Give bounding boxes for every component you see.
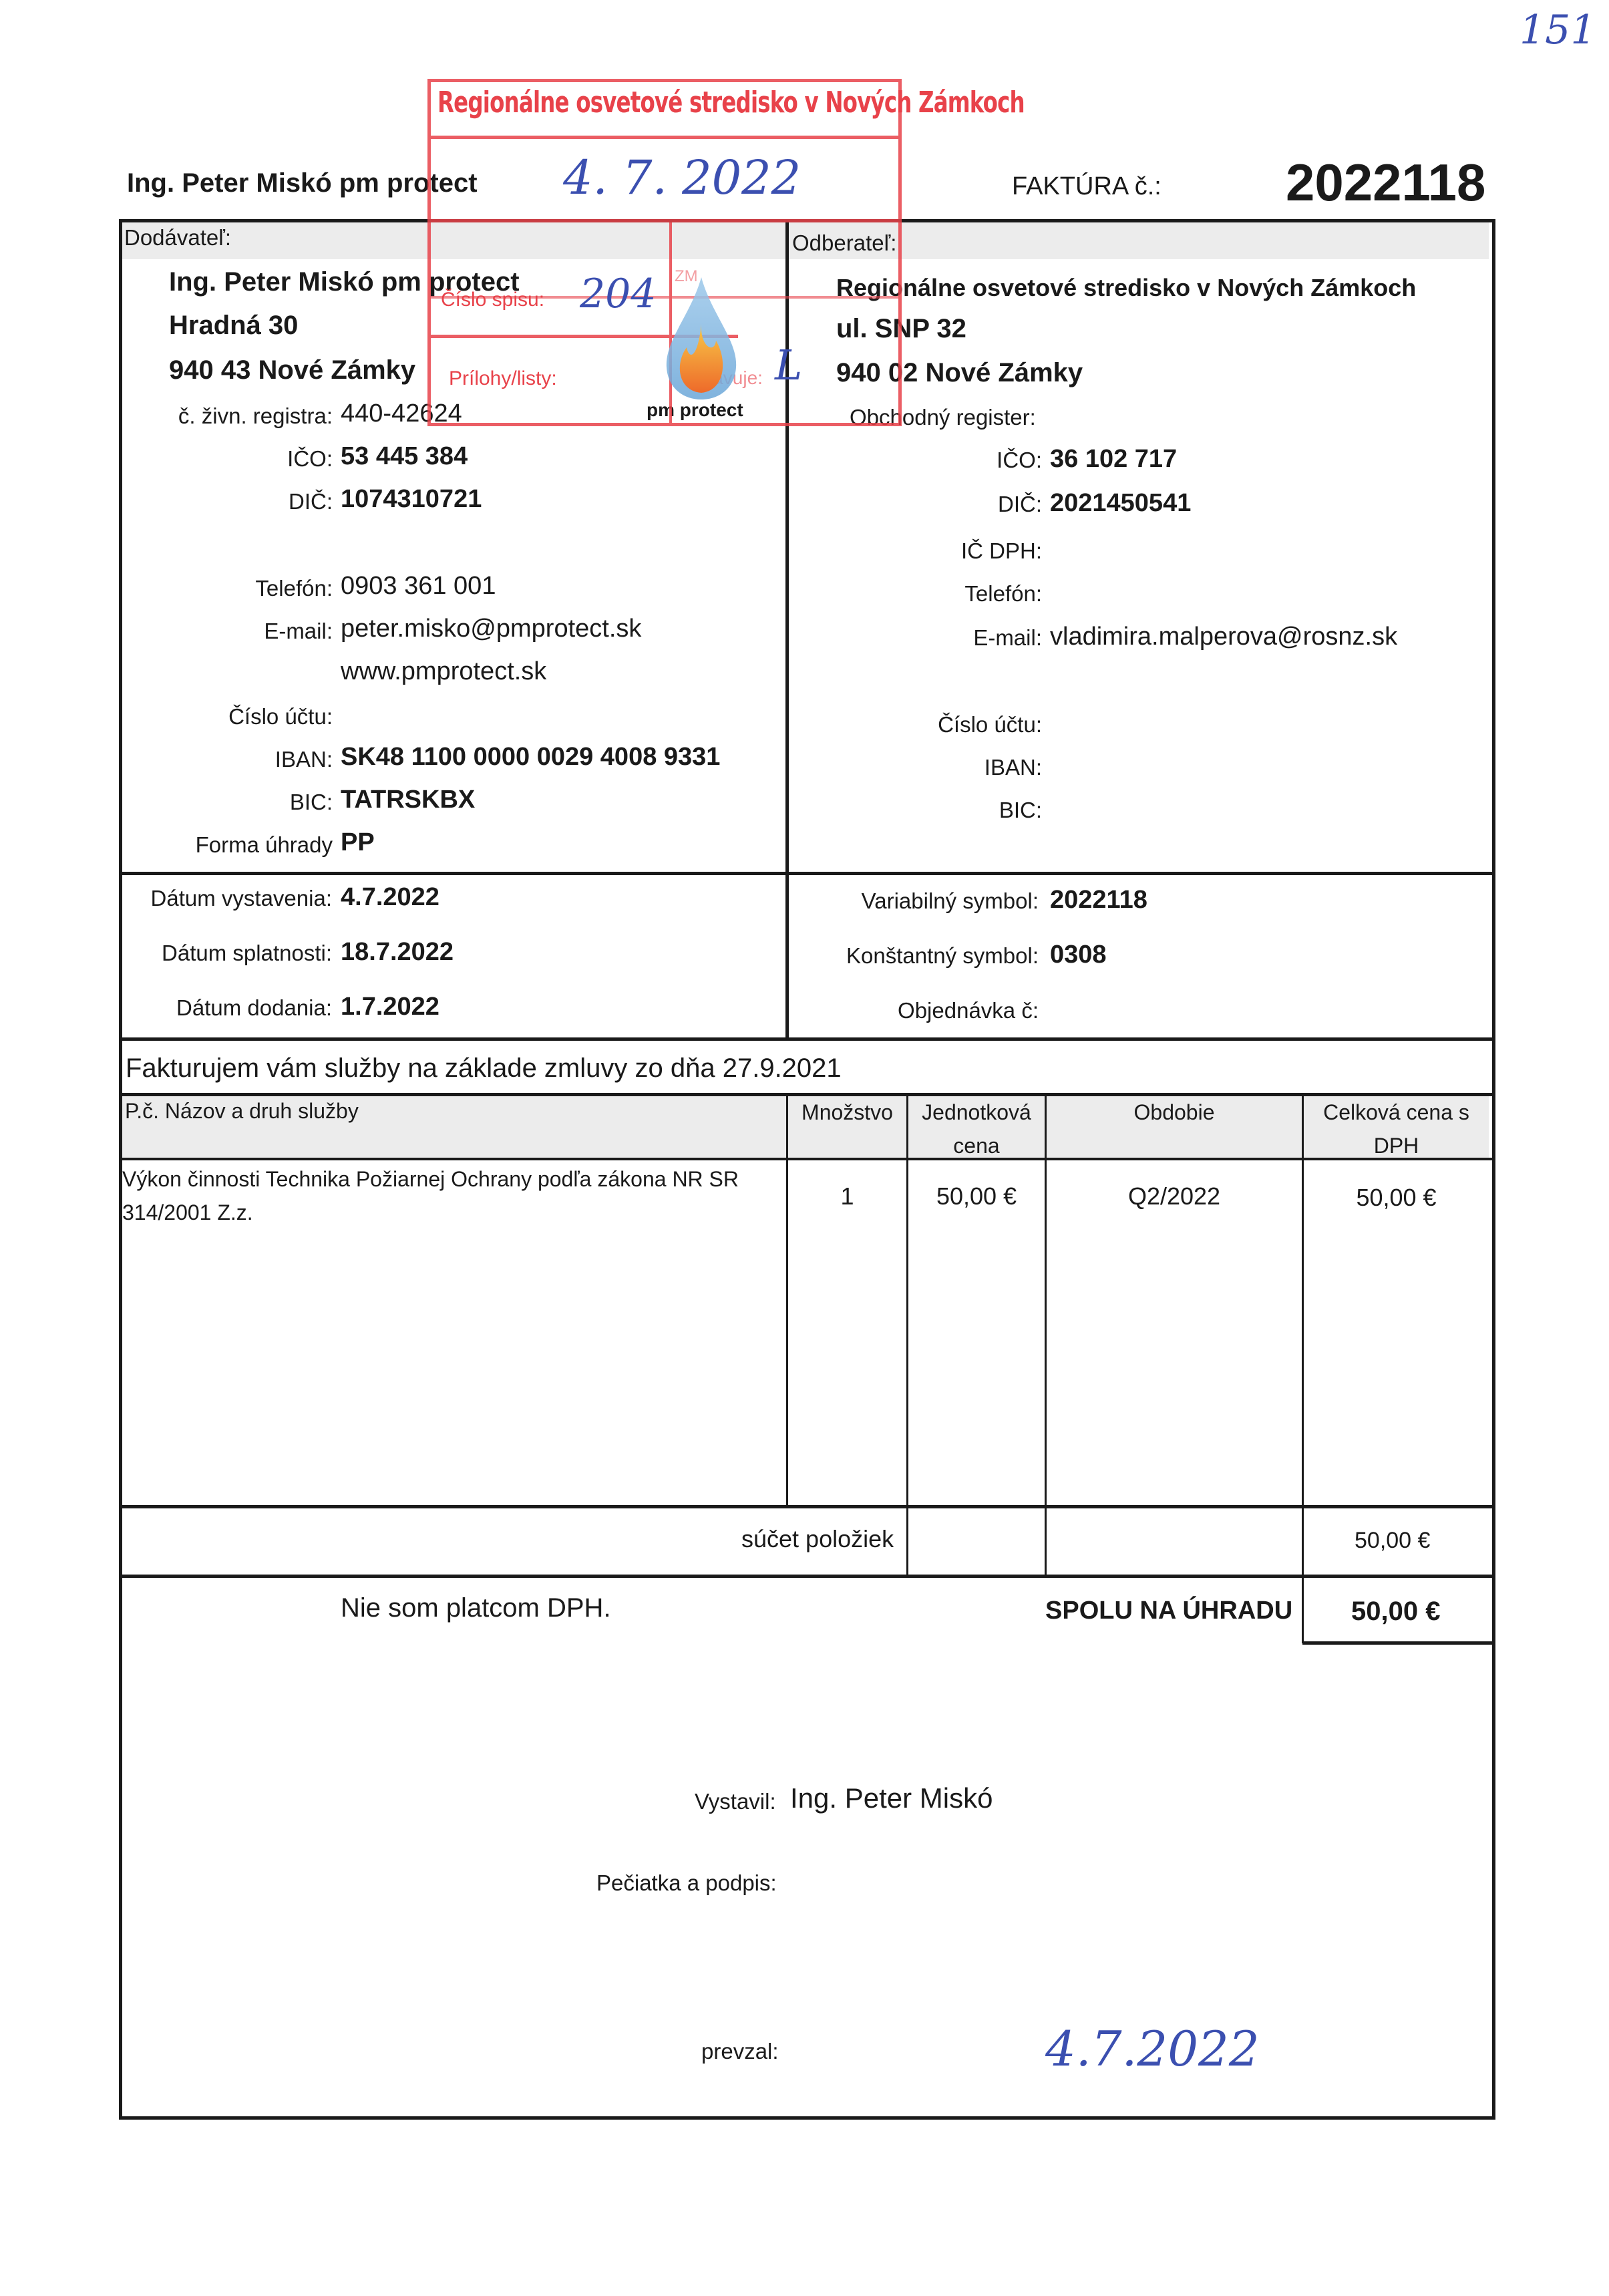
symbol-value: 2022118 — [1050, 886, 1147, 915]
date-label: Dátum vystavenia: — [151, 886, 332, 911]
supplier-field-label: IBAN: — [275, 747, 333, 772]
supplier-field-label: IČO: — [287, 446, 333, 472]
col-divider-1 — [786, 1094, 788, 1506]
table-row-period: Q2/2022 — [1047, 1182, 1302, 1210]
customer-field-label: BIC: — [999, 798, 1042, 823]
stamp-signature-label: Pečiatka a podpis: — [596, 1870, 777, 1896]
table-column-header: Jednotková cena — [908, 1096, 1045, 1162]
supplier-field-value: 1074310721 — [341, 485, 482, 514]
table-row-quantity: 1 — [788, 1182, 906, 1210]
customer-name: Regionálne osvetové stredisko v Nových Z… — [836, 274, 1416, 302]
customer-field-label: E-mail: — [973, 625, 1042, 651]
invoice-label: FAKTÚRA č.: — [1012, 172, 1161, 201]
col-divider-3 — [1045, 1094, 1047, 1577]
supplier-field-label: Telefón: — [255, 576, 333, 601]
date-value: 1.7.2022 — [341, 993, 439, 1021]
supplier-field-label: BIC: — [290, 790, 333, 815]
supplier-field-value: 53 445 384 — [341, 442, 468, 471]
symbol-value: 0308 — [1050, 941, 1107, 969]
table-column-header: Množstvo — [788, 1096, 906, 1129]
stamp-handled-by: L — [775, 341, 802, 389]
supplier-field-label: DIČ: — [289, 489, 333, 514]
intro-text: Fakturujem vám služby na základe zmluvy … — [126, 1053, 842, 1084]
stamp-received-date: 4. 7. 2022 — [563, 150, 801, 205]
supplier-field-value: TATRSKBX — [341, 786, 475, 814]
table-row-description: Výkon činnosti Technika Požiarnej Ochran… — [122, 1162, 783, 1229]
supplier-field-label: Forma úhrady — [196, 832, 333, 858]
customer-field-label: DIČ: — [998, 492, 1042, 517]
supplier-field-value: www.pmprotect.sk — [341, 657, 546, 686]
supplier-street: Hradná 30 — [169, 311, 298, 341]
customer-field-value: 2021450541 — [1050, 489, 1191, 518]
supplier-field-value: SK48 1100 0000 0029 4008 9331 — [341, 743, 720, 772]
supplier-field-value: 0903 361 001 — [341, 572, 496, 601]
received-handwritten: 4.7.2022 — [1045, 2021, 1260, 2077]
received-label: prevzal: — [701, 2039, 779, 2064]
table-row-unit-price: 50,00 € — [908, 1182, 1045, 1210]
flame-droplet-logo-icon — [661, 274, 741, 401]
page-annotation: 151 — [1519, 7, 1596, 53]
total-label: SPOLU NA ÚHRADU — [1045, 1597, 1292, 1625]
customer-field-label: IČO: — [997, 448, 1042, 473]
stamp-attachments-label: Prílohy/listy: — [449, 367, 557, 390]
divider-intro — [119, 1037, 1492, 1041]
date-value: 4.7.2022 — [341, 883, 439, 912]
date-label: Dátum dodania: — [176, 995, 332, 1021]
supplier-city: 940 43 Nové Zámky — [169, 355, 415, 385]
col-divider-4 — [1302, 1094, 1304, 1643]
table-body-bottom-line — [119, 1505, 1492, 1508]
divider-dates — [119, 872, 1492, 875]
subtotal-label: súčet položiek — [741, 1525, 894, 1553]
subtotal-bottom-line — [119, 1575, 1492, 1578]
issued-by-label: Vystavil: — [695, 1789, 776, 1814]
stamp-organization: Regionálne osvetové stredisko v Nových Z… — [437, 86, 1025, 120]
supplier-field-label: č. živn. registra: — [178, 403, 333, 429]
customer-field-label: Číslo účtu: — [938, 712, 1042, 737]
supplier-label: Dodávateľ: — [124, 225, 231, 251]
stamp-file-number: 204 — [580, 271, 657, 317]
customer-field-label: Telefón: — [964, 581, 1042, 607]
symbol-label: Variabilný symbol: — [862, 888, 1039, 914]
supplier-field-label: E-mail: — [264, 619, 333, 644]
customer-field-value: 36 102 717 — [1050, 445, 1177, 474]
stamp-file-label: Číslo spisu: — [441, 289, 544, 311]
supplier-field-value: peter.misko@pmprotect.sk — [341, 615, 641, 643]
table-header-bottom-line — [119, 1158, 1492, 1160]
subtotal-value: 50,00 € — [1355, 1528, 1430, 1554]
total-value: 50,00 € — [1351, 1597, 1440, 1627]
supplier-field-label: Číslo účtu: — [228, 704, 333, 729]
customer-field-label: IČ DPH: — [961, 538, 1042, 564]
total-underline — [1302, 1641, 1492, 1645]
symbol-label: Objednávka č: — [898, 998, 1039, 1023]
table-column-header: P.č. Názov a druh služby — [122, 1094, 786, 1128]
table-row-total: 50,00 € — [1304, 1184, 1489, 1212]
symbol-label: Konštantný symbol: — [846, 943, 1039, 969]
invoice-number: 2022118 — [1286, 152, 1485, 213]
table-column-header: Celková cena s DPH — [1304, 1096, 1489, 1162]
date-value: 18.7.2022 — [341, 938, 454, 967]
table-column-header: Obdobie — [1047, 1096, 1302, 1129]
vat-note: Nie som platcom DPH. — [341, 1593, 611, 1623]
col-divider-2 — [906, 1094, 908, 1577]
customer-field-label: IBAN: — [985, 755, 1042, 780]
issuer-heading: Ing. Peter Miskó pm protect — [127, 168, 478, 198]
date-label: Dátum splatnosti: — [162, 941, 332, 966]
supplier-field-value: PP — [341, 828, 375, 857]
customer-field-value: vladimira.malperova@rosnz.sk — [1050, 623, 1397, 651]
issued-by: Ing. Peter Miskó — [790, 1782, 993, 1814]
